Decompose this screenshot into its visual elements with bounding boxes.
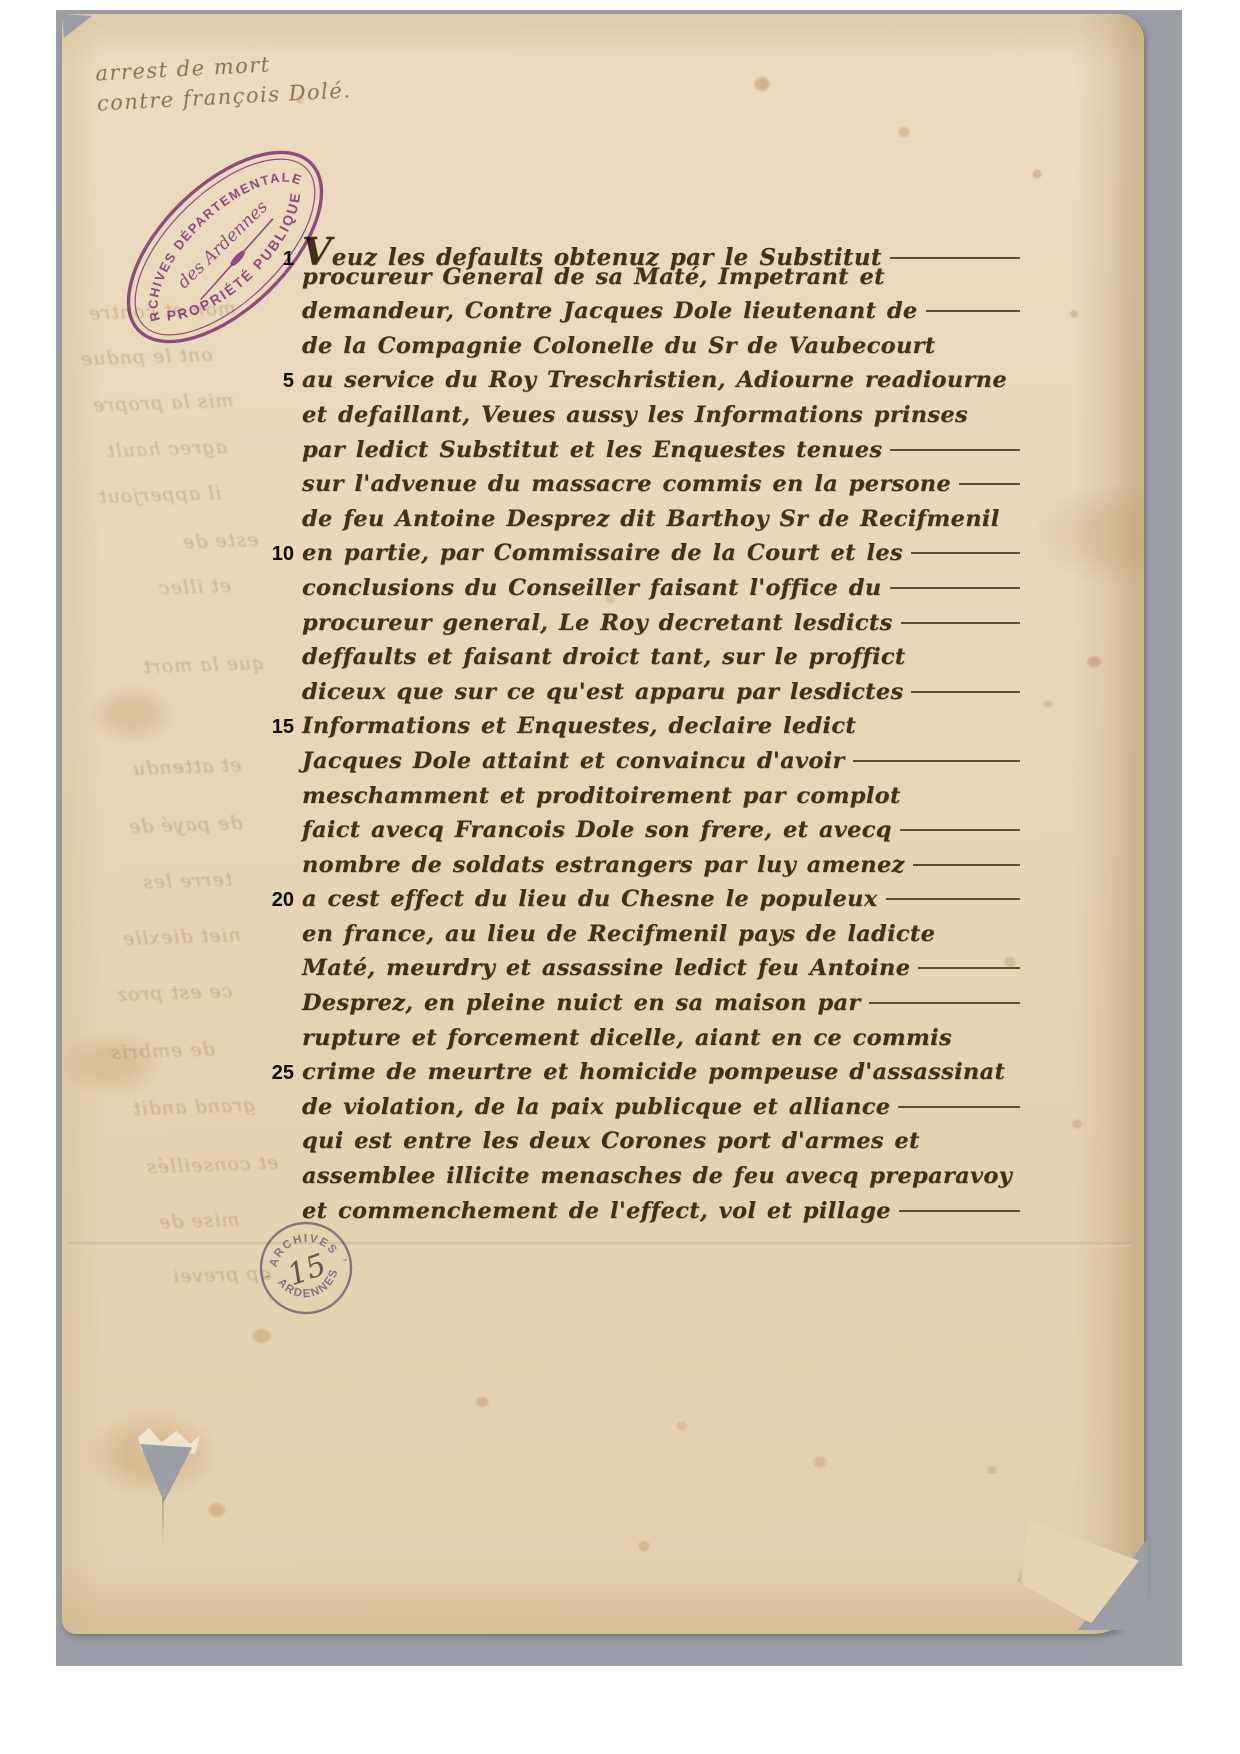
line-text: en france, au lieu de Recifmenil pays de… — [302, 921, 935, 947]
line-text: sur l'advenue du massacre commis en la p… — [302, 471, 951, 497]
manuscript-line: rupture et forcement dicelle, aiant en c… — [260, 1025, 1020, 1060]
terminal-dash — [901, 622, 1020, 624]
line-text: deffaults et faisant droict tant, sur le… — [302, 644, 906, 670]
line-number: 15 — [260, 716, 302, 739]
line-number: 1 — [260, 248, 302, 271]
line-text: procureur General de sa Maté, Impetrant … — [302, 264, 885, 290]
manuscript-line: 15Informations et Enquestes, declaire le… — [260, 713, 1020, 748]
terminal-dash — [869, 1002, 1020, 1004]
line-text: en partie, par Commissaire de la Court e… — [302, 540, 903, 566]
manuscript-line: meschamment et proditoirement par complo… — [260, 783, 1020, 818]
line-text: Desprez, en pleine nuict en sa maison pa… — [302, 990, 861, 1016]
terminal-dash — [853, 760, 1020, 762]
line-text: au service du Roy Treschristien, Adiourn… — [302, 367, 1007, 393]
scanned-page: mon et contreont le pnduemis la propreag… — [0, 0, 1240, 1754]
line-text: demandeur, Contre Jacques Dole lieutenan… — [302, 298, 918, 324]
manuscript-line: Maté, meurdry et assassine ledict feu An… — [260, 955, 1020, 990]
line-text: Maté, meurdry et assassine ledict feu An… — [302, 955, 910, 981]
manuscript-line: 25crime de meurtre et homicide pompeuse … — [260, 1059, 1020, 1094]
manuscript-line: qui est entre les deux Corones port d'ar… — [260, 1128, 1020, 1163]
manuscript-line: par ledict Substitut et les Enquestes te… — [260, 437, 1020, 472]
manuscript-line: procureur General de sa Maté, Impetrant … — [260, 264, 1020, 299]
terminal-dash — [886, 898, 1020, 900]
manuscript-line: procureur general, Le Roy decretant lesd… — [260, 610, 1020, 645]
manuscript-line: sur l'advenue du massacre commis en la p… — [260, 471, 1020, 506]
manuscript-line: de feu Antoine Desprez dit Barthoy Sr de… — [260, 506, 1020, 541]
line-text: Informations et Enquestes, declaire ledi… — [302, 713, 856, 739]
manuscript-line: et commenchement de l'effect, vol et pil… — [260, 1198, 1020, 1233]
line-number: 20 — [260, 889, 302, 912]
line-text: de la Compagnie Colonelle du Sr de Vaube… — [302, 333, 935, 359]
line-number: 10 — [260, 543, 302, 566]
terminal-dash — [913, 864, 1020, 866]
manuscript-line: assemblee illicite menasches de feu avec… — [260, 1163, 1020, 1198]
line-text: assemblee illicite menasches de feu avec… — [302, 1163, 1012, 1189]
manuscript-line: demandeur, Contre Jacques Dole lieutenan… — [260, 298, 1020, 333]
manuscript-line: en france, au lieu de Recifmenil pays de… — [260, 921, 1020, 956]
line-text: qui est entre les deux Corones port d'ar… — [302, 1128, 920, 1154]
manuscript-line: nombre de soldats estrangers par luy ame… — [260, 852, 1020, 887]
manuscript-line: et defaillant, Veues aussy les Informati… — [260, 402, 1020, 437]
terminal-dash — [959, 483, 1020, 485]
manuscript-line: conclusions du Conseiller faisant l'offi… — [260, 575, 1020, 610]
terminal-dash — [911, 552, 1020, 554]
manuscript-line: de violation, de la paix publicque et al… — [260, 1094, 1020, 1129]
line-text: meschamment et proditoirement par complo… — [302, 783, 901, 809]
line-text: et commenchement de l'effect, vol et pil… — [302, 1198, 891, 1224]
line-text: et defaillant, Veues aussy les Informati… — [302, 402, 968, 428]
manuscript-line: 1Veuz les defaults obtenuz par le Substi… — [260, 229, 1020, 264]
manuscript-line: 5au service du Roy Treschristien, Adiour… — [260, 367, 1020, 402]
line-text: rupture et forcement dicelle, aiant en c… — [302, 1025, 952, 1051]
line-text: procureur general, Le Roy decretant lesd… — [302, 610, 893, 636]
manuscript-line: Jacques Dole attaint et convaincu d'avoi… — [260, 748, 1020, 783]
terminal-dash — [918, 967, 1020, 969]
terminal-dash — [899, 1210, 1020, 1212]
line-number: 25 — [260, 1062, 302, 1085]
line-text: Jacques Dole attaint et convaincu d'avoi… — [302, 748, 845, 774]
manuscript-line: deffaults et faisant droict tant, sur le… — [260, 644, 1020, 679]
terminal-dash — [898, 1106, 1020, 1108]
terminal-dash — [890, 449, 1020, 451]
line-number: 5 — [260, 370, 302, 393]
line-text: diceux que sur ce qu'est apparu par lesd… — [302, 679, 903, 705]
terminal-dash — [900, 829, 1020, 831]
line-text: faict avecq Francois Dole son frere, et … — [302, 817, 892, 843]
terminal-dash — [890, 587, 1020, 589]
line-text: de violation, de la paix publicque et al… — [302, 1094, 890, 1120]
manuscript-line: 20a cest effect du lieu du Chesne le pop… — [260, 886, 1020, 921]
line-text: de feu Antoine Desprez dit Barthoy Sr de… — [302, 506, 1000, 532]
manuscript-line: de la Compagnie Colonelle du Sr de Vaube… — [260, 333, 1020, 368]
line-text: conclusions du Conseiller faisant l'offi… — [302, 575, 882, 601]
line-text: a cest effect du lieu du Chesne le popul… — [302, 886, 878, 912]
tear-crease — [162, 1498, 164, 1544]
line-text: nombre de soldats estrangers par luy ame… — [302, 852, 905, 878]
terminal-dash — [911, 691, 1020, 693]
manuscript-line: diceux que sur ce qu'est apparu par lesd… — [260, 679, 1020, 714]
terminal-dash — [890, 257, 1020, 259]
manuscript-line: Desprez, en pleine nuict en sa maison pa… — [260, 990, 1020, 1025]
manuscript-lines: 1Veuz les defaults obtenuz par le Substi… — [260, 229, 1020, 1232]
terminal-dash — [926, 310, 1020, 312]
line-text: par ledict Substitut et les Enquestes te… — [302, 437, 882, 463]
line-text: crime de meurtre et homicide pompeuse d'… — [302, 1059, 1005, 1085]
manuscript-line: faict avecq Francois Dole son frere, et … — [260, 817, 1020, 852]
manuscript-line: 10en partie, par Commissaire de la Court… — [260, 540, 1020, 575]
